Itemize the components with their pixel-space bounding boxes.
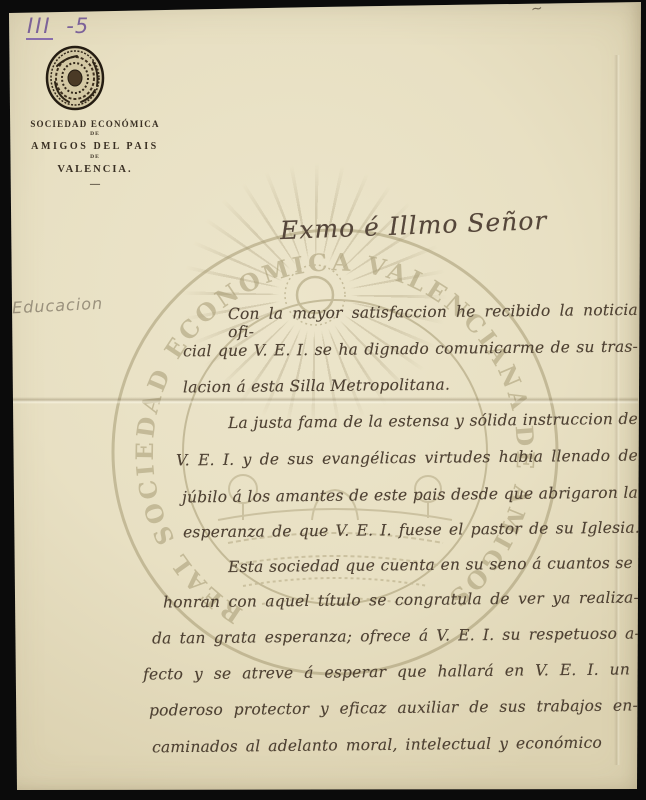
letterhead-text: SOCIEDAD ECONÓMICA DE AMIGOS DEL PAIS DE… (28, 119, 162, 191)
archive-mark-suffix: -5 (66, 14, 89, 38)
letterhead-valencia: VALENCIA. (28, 163, 162, 176)
letterhead-society-name: SOCIEDAD ECONÓMICA (28, 119, 162, 130)
letterhead-seal-icon (45, 44, 107, 112)
letter-line: cial que V. E. I. se ha dignado comunica… (183, 338, 638, 361)
letterhead-de-1: DE (28, 130, 162, 138)
letter-salutation: Exmo é Illmo Señor (280, 206, 548, 245)
letter-line: caminados al adelanto moral, intelectual… (152, 734, 602, 757)
letter-line: poderoso protector y eficaz auxiliar de … (149, 696, 638, 719)
letterhead-de-2: DE (28, 153, 162, 161)
paper-sheet: REAL SOCIEDAD ECONOMICA VALENCIANA DE AM… (0, 0, 646, 800)
letter-line: júbilo á los amantes de este pais desde … (182, 484, 638, 507)
letterhead-rule: — (28, 179, 162, 191)
letter-line: fecto y se atreve á esperar que hallará … (143, 660, 630, 683)
scanned-letter-page: { "page": { "background_color": "#0b0b0b… (0, 0, 646, 800)
letter-line: honran con aquel título se congratula de… (163, 589, 639, 612)
letter-line: da tan grata esperanza; ofrece á V. E. I… (152, 624, 640, 647)
letter-line: La justa fama de la estensa y sólida ins… (228, 410, 638, 432)
letterhead-amigos: AMIGOS DEL PAIS (28, 140, 162, 153)
letter-line: Esta sociedad que cuenta en su seno á cu… (228, 554, 633, 576)
horizontal-fold-crease (8, 397, 638, 404)
letter-line: esperanza de que V. E. I. fuese el pasto… (183, 519, 640, 542)
archive-mark-roman: III (26, 14, 53, 40)
letter-line: lacion á esta Silla Metropolitana. (183, 376, 450, 397)
pencil-squiggle: ~ (530, 0, 544, 17)
letter-line: Con la mayor satisfaccion he recibido la… (228, 301, 638, 341)
letter-line: V. E. I. y de sus evangélicas virtudes h… (176, 447, 638, 470)
margin-note-educacion: Educacion (12, 294, 104, 318)
archive-mark: III -5 (26, 14, 89, 38)
